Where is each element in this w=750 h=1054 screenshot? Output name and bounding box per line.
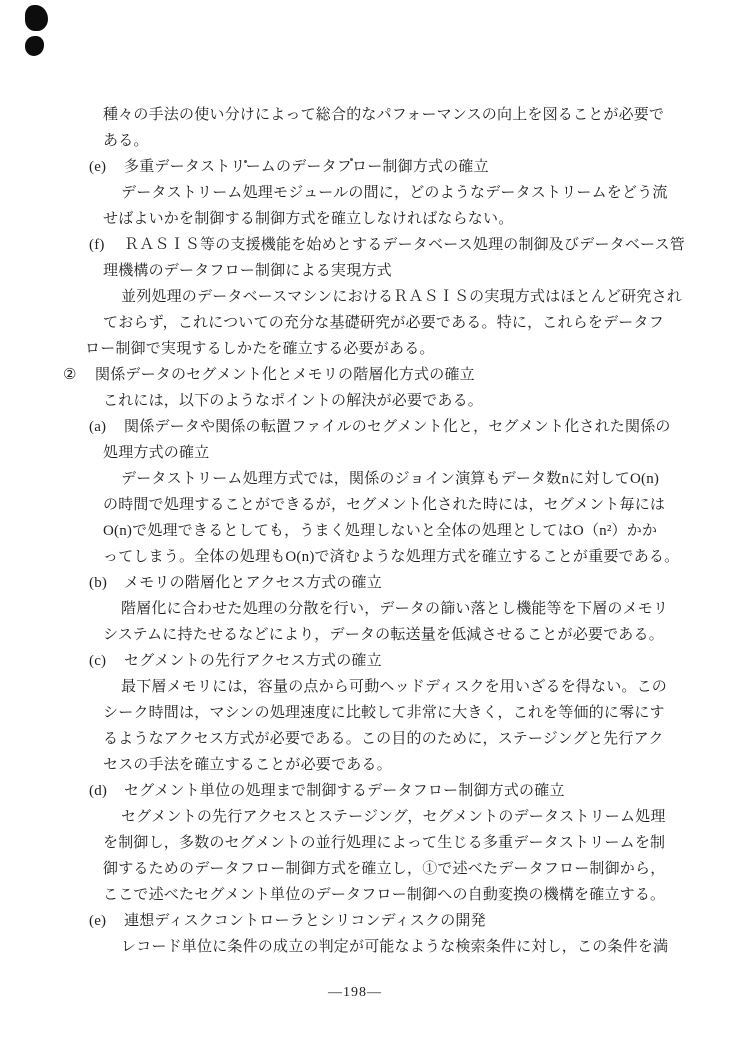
line-text: 種々の手法の使い分けによって総合的なパフォーマンスの向上を図ることが必要で (103, 102, 664, 128)
text-line: ってしまう。全体の処理もO(n)で済むような処理方式を確立することが重要である。 (0, 544, 750, 570)
line-text: せばよいかを制御する制御方式を確立しなければならない。 (103, 206, 513, 232)
text-line: 理機構のデータフロー制御による実現方式 (0, 258, 750, 284)
text-line: (c) セグメントの先行アクセス方式の確立 (0, 648, 750, 674)
text-line: (b) メモリの階層化とアクセス方式の確立 (0, 570, 750, 596)
section-label: (c) (89, 648, 106, 674)
line-text: 処理方式の確立 (103, 440, 209, 466)
line-text: ておらず，これについての充分な基礎研究が必要である。特に，これらをデータフ (103, 310, 664, 336)
text-line: データストリーム処理モジュールの間に，どのようなデータストリームをどう流 (0, 180, 750, 206)
line-text: ここで述べたセグメント単位のデータフロー制御への自動変換の機構を確立する。 (103, 882, 665, 908)
text-line: 御するためのデータフロー制御方式を確立し，①で述べたデータフロー制御から， (0, 856, 750, 882)
line-text: るようなアクセス方式が必要である。この目的のために，ステージングと先行アク (103, 726, 664, 752)
section-label: (f) (89, 232, 105, 258)
line-text: ってしまう。全体の処理もO(n)で済むような処理方式を確立することが重要である。 (103, 544, 679, 570)
text-line: の時間で処理することができるが，セグメント化された時には，セグメント毎には (0, 492, 750, 518)
text-line: レコード単位に条件の成立の判定が可能なような検索条件に対し，この条件を満 (0, 934, 750, 960)
line-text: ロー制御で実現するしかたを確立する必要がある。 (85, 336, 435, 362)
text-line: セグメントの先行アクセスとステージング，セグメントのデータストリーム処理 (0, 804, 750, 830)
text-line: 種々の手法の使い分けによって総合的なパフォーマンスの向上を図ることが必要で (0, 102, 750, 128)
text-line: (f) ＲＡＳＩＳ等の支援機能を始めとするデータベース処理の制御及びデータベース… (0, 232, 750, 258)
text-line: データストリーム処理方式では，関係のジョイン演算もデータ数nに対してO(n) (0, 466, 750, 492)
text-line: 処理方式の確立 (0, 440, 750, 466)
text-line: ロー制御で実現するしかたを確立する必要がある。 (0, 336, 750, 362)
line-text: の時間で処理することができるが，セグメント化された時には，セグメント毎には (103, 492, 665, 518)
line-text: 理機構のデータフロー制御による実現方式 (103, 258, 392, 284)
section-label: (d) (89, 778, 107, 804)
text-line: システムに持たせるなどにより，データの転送量を低減させることが必要である。 (0, 622, 750, 648)
line-text: シーク時間は，マシンの処理速度に比較して非常に大きく，これを等価的に零にす (103, 700, 665, 726)
document-page: 種々の手法の使い分けによって総合的なパフォーマンスの向上を図ることが必要で ある… (0, 0, 750, 1054)
text-line: 最下層メモリには，容量の点から可動ヘッドディスクを用いざるを得ない。この (0, 674, 750, 700)
line-text: を制御し，多数のセグメントの並行処理によって生じる多重データストリームを制 (103, 830, 665, 856)
line-text: レコード単位に条件の成立の判定が可能なような検索条件に対し，この条件を満 (121, 934, 668, 960)
line-text: 関係データや関係の転置ファイルのセグメント化と，セグメント化された関係の (124, 414, 671, 440)
text-line: を制御し，多数のセグメントの並行処理によって生じる多重データストリームを制 (0, 830, 750, 856)
line-text: ある。 (103, 128, 149, 154)
text-line: O(n)で処理できるとしても，うまく処理しないと全体の処理としてはO（n²）かか (0, 518, 750, 544)
section-label: (e) (89, 154, 106, 180)
line-text: セグメント単位の処理まで制御するデータフロー制御方式の確立 (124, 778, 565, 804)
text-line: (e) 連想ディスクコントローラとシリコンディスクの開発 (0, 908, 750, 934)
text-line: ここで述べたセグメント単位のデータフロー制御への自動変換の機構を確立する。 (0, 882, 750, 908)
text-line: せばよいかを制御する制御方式を確立しなければならない。 (0, 206, 750, 232)
section-label: (b) (89, 570, 107, 596)
text-line: (e) 多重データストリームのデータフロー制御方式の確立 (0, 154, 750, 180)
section-label: (e) (89, 908, 106, 934)
line-text: 並列処理のデータベースマシンにおけるＲＡＳＩＳの実現方式はほとんど研究され (121, 284, 682, 310)
line-text: システムに持たせるなどにより，データの転送量を低減させることが必要である。 (103, 622, 664, 648)
text-line: るようなアクセス方式が必要である。この目的のために，ステージングと先行アク (0, 726, 750, 752)
scan-artifact-mark (25, 5, 48, 31)
text-line: 階層化に合わせた処理の分散を行い，データの篩い落とし機能等を下層のメモリ (0, 596, 750, 622)
line-text: 連想ディスクコントローラとシリコンディスクの開発 (124, 908, 486, 934)
line-text: メモリの階層化とアクセス方式の確立 (124, 570, 382, 596)
line-text: 関係データのセグメント化とメモリの階層化方式の確立 (95, 362, 475, 388)
scan-artifact-mark (25, 36, 44, 56)
line-text: ＲＡＳＩＳ等の支援機能を始めとするデータベース処理の制御及びデータベース管 (124, 232, 685, 258)
text-line: (a) 関係データや関係の転置ファイルのセグメント化と，セグメント化された関係の (0, 414, 750, 440)
line-text: データストリーム処理モジュールの間に，どのようなデータストリームをどう流 (121, 180, 668, 206)
page-number: —198— (0, 985, 730, 1001)
body-text: 種々の手法の使い分けによって総合的なパフォーマンスの向上を図ることが必要で ある… (0, 102, 750, 960)
line-text: セグメントの先行アクセスとステージング，セグメントのデータストリーム処理 (121, 804, 666, 830)
line-text: O(n)で処理できるとしても，うまく処理しないと全体の処理としてはO（n²）かか (103, 518, 657, 544)
section-label: ② (63, 362, 77, 388)
text-line: ② 関係データのセグメント化とメモリの階層化方式の確立 (0, 362, 750, 388)
line-text: これには，以下のようなポイントの解決が必要である。 (103, 388, 483, 414)
line-text: 階層化に合わせた処理の分散を行い，データの篩い落とし機能等を下層のメモリ (121, 596, 668, 622)
text-line: ておらず，これについての充分な基礎研究が必要である。特に，これらをデータフ (0, 310, 750, 336)
line-text: セグメントの先行アクセス方式の確立 (124, 648, 382, 674)
line-text: 御するためのデータフロー制御方式を確立し，①で述べたデータフロー制御から， (103, 856, 665, 882)
line-text: 多重データストリームのデータフロー制御方式の確立 (124, 154, 489, 180)
line-text: セスの手法を確立することが必要である。 (103, 752, 392, 778)
section-label: (a) (89, 414, 106, 440)
text-line: これには，以下のようなポイントの解決が必要である。 (0, 388, 750, 414)
text-line: (d) セグメント単位の処理まで制御するデータフロー制御方式の確立 (0, 778, 750, 804)
text-line: シーク時間は，マシンの処理速度に比較して非常に大きく，これを等価的に零にす (0, 700, 750, 726)
line-text: データストリーム処理方式では，関係のジョイン演算もデータ数nに対してO(n) (121, 466, 659, 492)
text-line: セスの手法を確立することが必要である。 (0, 752, 750, 778)
text-line: ある。 (0, 128, 750, 154)
text-line: 並列処理のデータベースマシンにおけるＲＡＳＩＳの実現方式はほとんど研究され (0, 284, 750, 310)
line-text: 最下層メモリには，容量の点から可動ヘッドディスクを用いざるを得ない。この (121, 674, 667, 700)
